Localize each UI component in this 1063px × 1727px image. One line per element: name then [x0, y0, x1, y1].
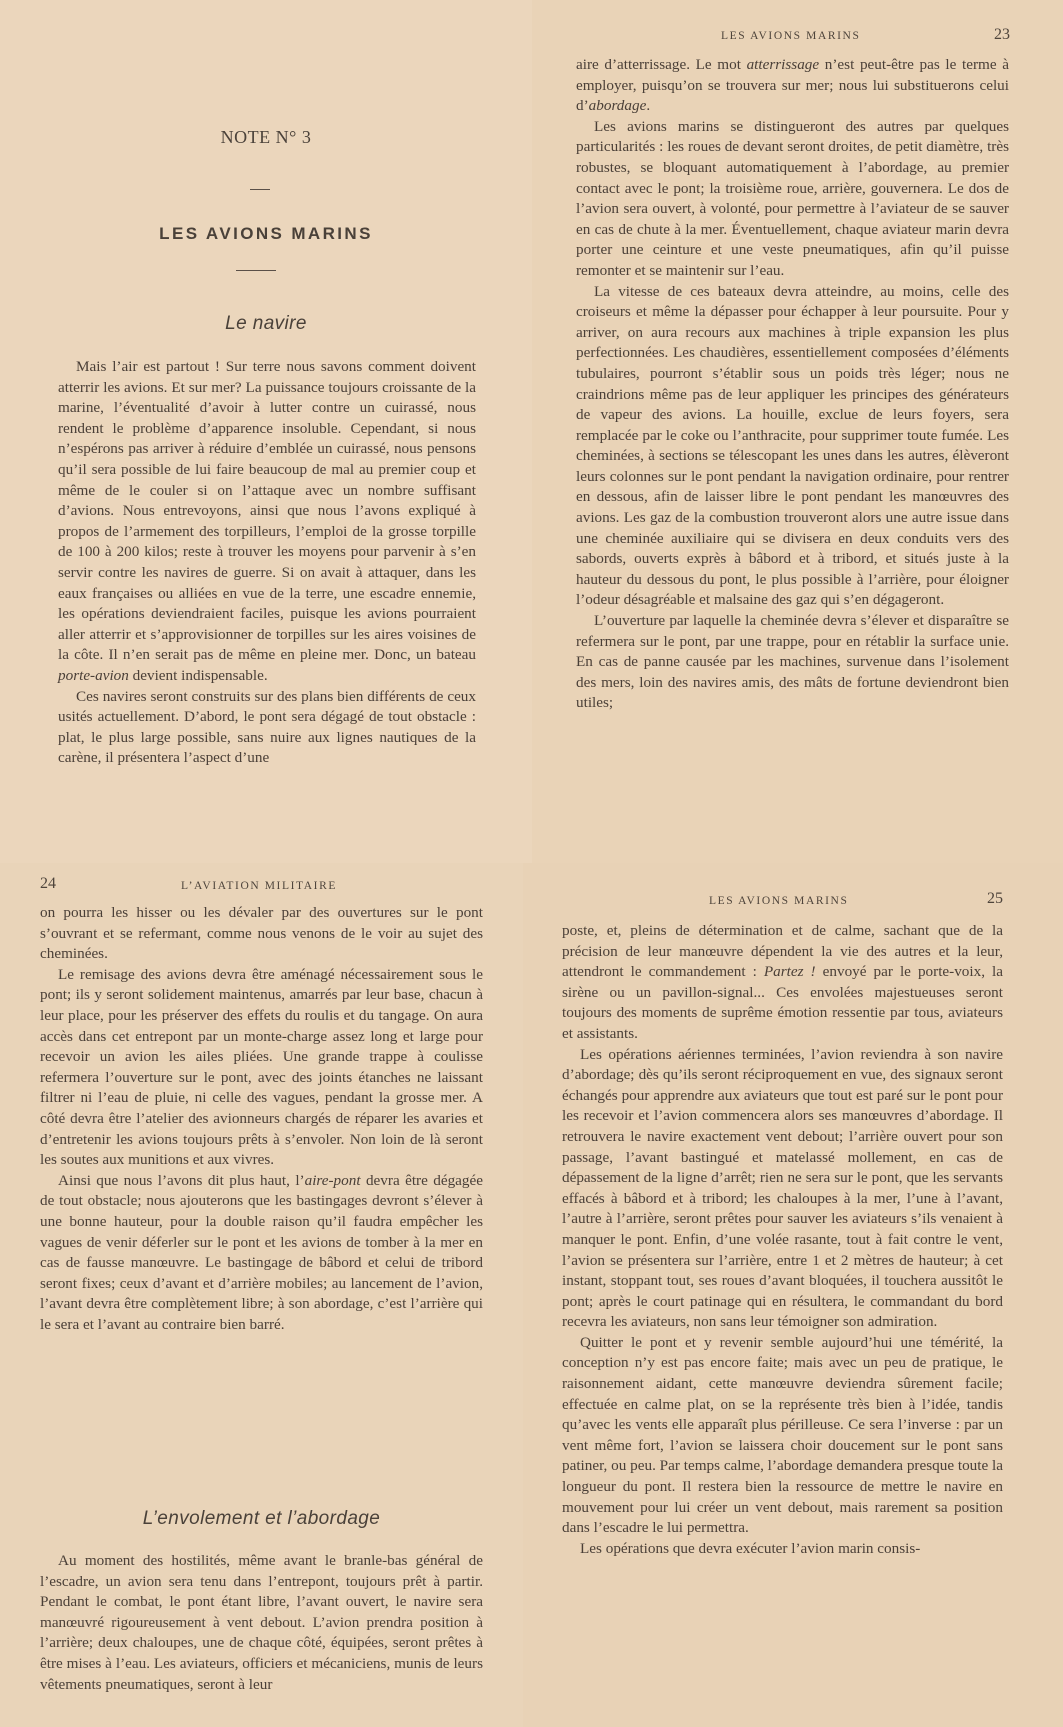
section-title-le-navire: Le navire	[0, 313, 532, 335]
paragraph: Les avions marins se distingueront des a…	[576, 117, 1009, 282]
page-24: 24 L’AVIATION MILITAIRE on pourra les hi…	[0, 863, 523, 1727]
body-text: on pourra les hisser ou les dévaler par …	[40, 903, 483, 1335]
body-text: poste, et, pleins de détermination et de…	[562, 921, 1003, 1559]
paragraph: Ainsi que nous l’avons dit plus haut, l’…	[40, 1171, 483, 1336]
body-text: aire d’atterrissage. Le mot atterrissage…	[576, 55, 1009, 714]
page-23: LES AVIONS MARINS 23 aire d’atterrissage…	[532, 0, 1063, 863]
page-number: 25	[987, 890, 1003, 908]
short-rule	[250, 189, 270, 190]
page-note-3-title: NOTE N° 3 LES AVIONS MARINS Le navire Ma…	[0, 0, 532, 863]
running-head: LES AVIONS MARINS	[721, 30, 860, 42]
paragraph: Le remisage des avions devra être aménag…	[40, 965, 483, 1171]
paragraph: L’ouverture par laquelle la cheminée dev…	[576, 611, 1009, 714]
paragraph: aire d’atterrissage. Le mot atterrissage…	[576, 55, 1009, 117]
paragraph: Ces navires seront construits sur des pl…	[58, 687, 476, 769]
emphasis: aire-pont	[305, 1172, 361, 1189]
page-number: 23	[994, 26, 1010, 44]
title-rule	[236, 270, 276, 271]
section-title-envolement: L’envolement et l’abordage	[0, 1508, 523, 1530]
emphasis: atterrissage	[747, 56, 820, 73]
paragraph: on pourra les hisser ou les dévaler par …	[40, 903, 483, 965]
note-label: NOTE N° 3	[0, 127, 532, 148]
emphasis: Partez !	[764, 963, 816, 980]
page-25: LES AVIONS MARINS 25 poste, et, pleins d…	[523, 863, 1063, 1727]
paragraph: La vitesse de ces bateaux devra atteindr…	[576, 282, 1009, 612]
paragraph: Les opérations que devra exécuter l’avio…	[562, 1539, 1003, 1560]
running-head: LES AVIONS MARINS	[709, 895, 848, 907]
paragraph: Au moment des hostilités, même avant le …	[40, 1551, 483, 1695]
body-text: Mais l’air est partout ! Sur terre nous …	[58, 357, 476, 769]
paragraph: poste, et, pleins de détermination et de…	[562, 921, 1003, 1045]
paragraph: Quitter le pont et y revenir semble aujo…	[562, 1333, 1003, 1539]
paragraph: Mais l’air est partout ! Sur terre nous …	[58, 357, 476, 687]
running-head: L’AVIATION MILITAIRE	[181, 880, 337, 892]
body-text: Au moment des hostilités, même avant le …	[40, 1551, 483, 1695]
page-number: 24	[40, 875, 56, 893]
emphasis: porte-avion	[58, 667, 129, 684]
chapter-title: LES AVIONS MARINS	[0, 224, 532, 244]
paragraph: Les opérations aériennes terminées, l’av…	[562, 1045, 1003, 1333]
emphasis: abordage	[589, 97, 647, 114]
